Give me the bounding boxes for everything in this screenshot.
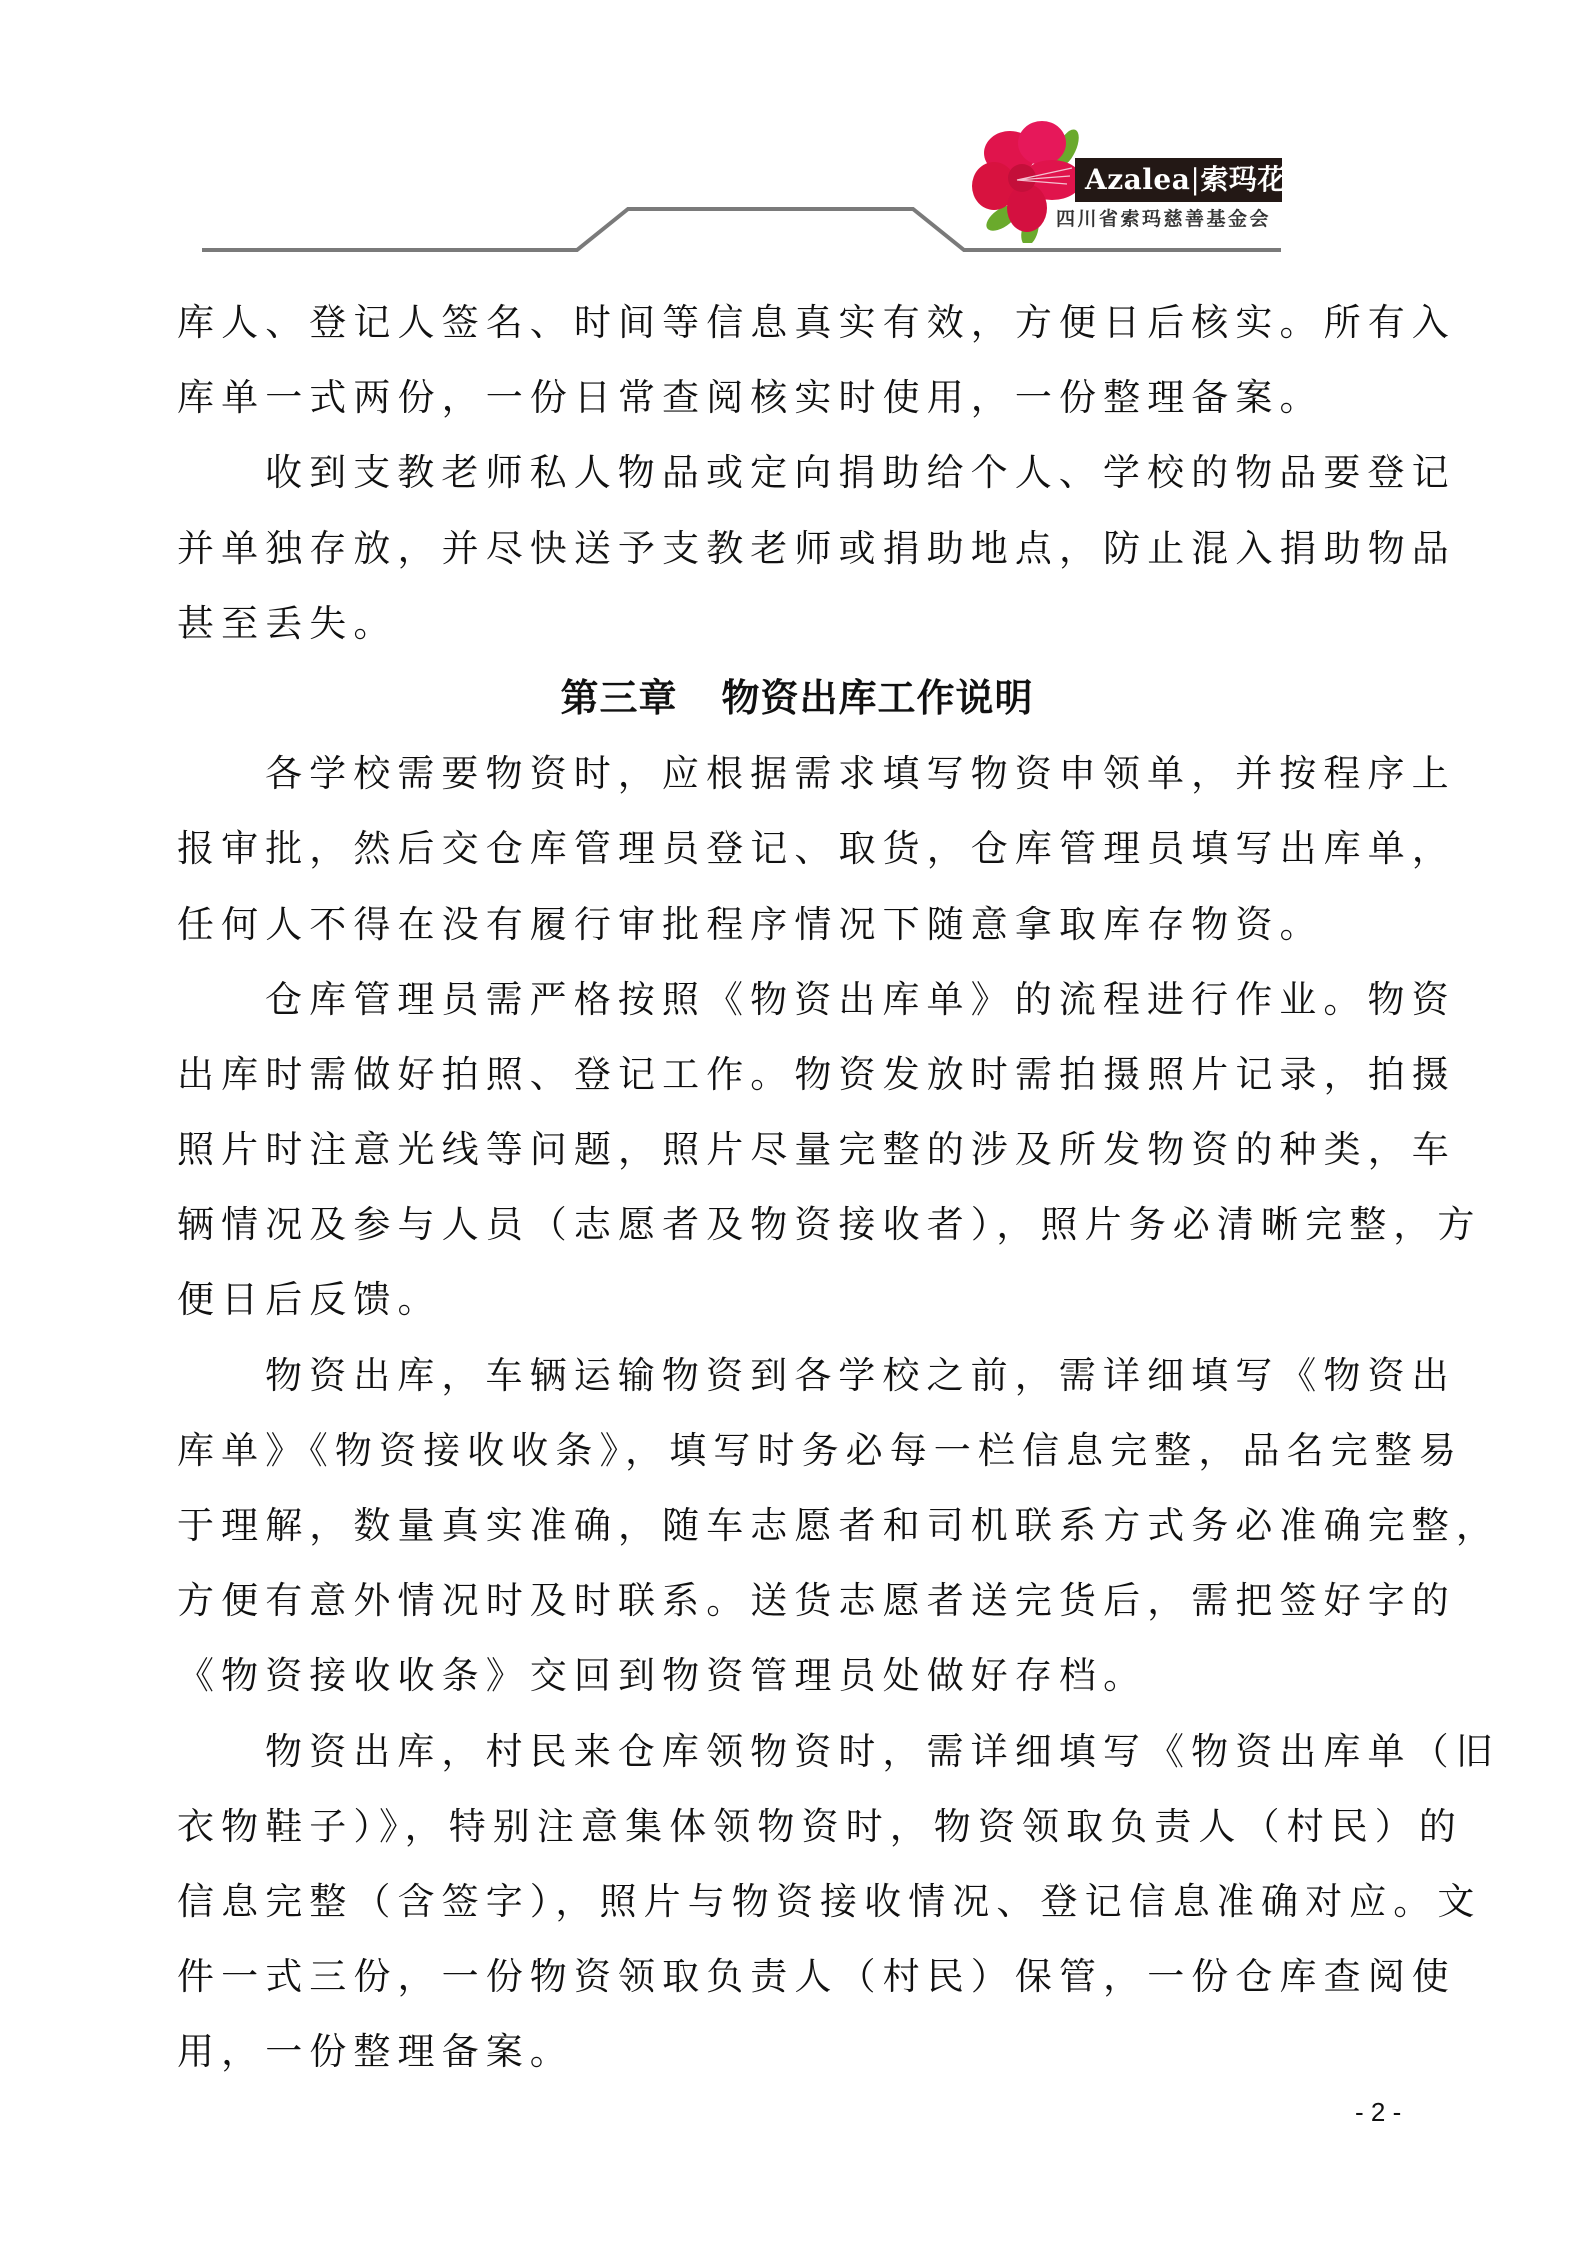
chapter-number: 第三章 <box>560 676 677 720</box>
text-line: 报审批，然后交仓库管理员登记、取货，仓库管理员填写出库单， <box>177 811 1417 886</box>
text-line: 库单》《物资接收收条》，填写时务必每一栏信息完整，品名完整易 <box>177 1413 1417 1488</box>
text-line: 仓库管理员需严格按照《物资出库单》的流程进行作业。物资 <box>177 962 1417 1037</box>
chapter-heading: 第三章物资出库工作说明 <box>177 661 1417 736</box>
text-line: 各学校需要物资时，应根据需求填写物资申领单，并按程序上 <box>177 736 1417 811</box>
logo-brand-en: Azalea <box>1085 163 1190 196</box>
paragraph: 各学校需要物资时，应根据需求填写物资申领单，并按程序上 报审批，然后交仓库管理员… <box>177 736 1417 962</box>
logo-brand-zh: 索玛花 <box>1200 163 1286 196</box>
chapter-title: 物资出库工作说明 <box>722 676 1034 720</box>
text-line: 物资出库，村民来仓库领物资时，需详细填写《物资出库单（旧 <box>177 1714 1417 1789</box>
text-line: 衣物鞋子）》，特别注意集体领物资时，物资领取负责人（村民）的 <box>177 1789 1417 1864</box>
text-line: 方便有意外情况时及时联系。送货志愿者送完货后，需把签好字的 <box>177 1563 1417 1638</box>
paragraph: 库人、登记人签名、时间等信息真实有效，方便日后核实。所有入 库单一式两份，一份日… <box>177 285 1417 435</box>
text-line: 收到支教老师私人物品或定向捐助给个人、学校的物品要登记 <box>177 435 1417 510</box>
paragraph: 仓库管理员需严格按照《物资出库单》的流程进行作业。物资 出库时需做好拍照、登记工… <box>177 962 1417 1338</box>
foundation-logo: Azalea|索玛花 四川省索玛慈善基金会 <box>972 118 1292 243</box>
text-line: 件一式三份，一份物资领取负责人（村民）保管，一份仓库查阅使 <box>177 1939 1417 2014</box>
paragraph: 收到支教老师私人物品或定向捐助给个人、学校的物品要登记 并单独存放，并尽快送予支… <box>177 435 1417 661</box>
text-line: 甚至丢失。 <box>177 586 1417 661</box>
document-body: 库人、登记人签名、时间等信息真实有效，方便日后核实。所有入 库单一式两份，一份日… <box>177 285 1417 2090</box>
paragraph: 物资出库，车辆运输物资到各学校之前，需详细填写《物资出 库单》《物资接收收条》，… <box>177 1338 1417 1714</box>
page-number: - 2 - <box>1355 2097 1401 2128</box>
text-line: 并单独存放，并尽快送予支教老师或捐助地点，防止混入捐助物品 <box>177 511 1417 586</box>
text-line: 辆情况及参与人员（志愿者及物资接收者），照片务必清晰完整，方 <box>177 1187 1417 1262</box>
text-line: 库单一式两份，一份日常查阅核实时使用，一份整理备案。 <box>177 360 1417 435</box>
paragraph: 物资出库，村民来仓库领物资时，需详细填写《物资出库单（旧 衣物鞋子）》，特别注意… <box>177 1714 1417 2090</box>
logo-separator: | <box>1190 163 1200 196</box>
text-line: 照片时注意光线等问题，照片尽量完整的涉及所发物资的种类，车 <box>177 1112 1417 1187</box>
text-line: 用，一份整理备案。 <box>177 2014 1417 2089</box>
text-line: 《物资接收收条》交回到物资管理员处做好存档。 <box>177 1638 1417 1713</box>
text-line: 库人、登记人签名、时间等信息真实有效，方便日后核实。所有入 <box>177 285 1417 360</box>
text-line: 便日后反馈。 <box>177 1262 1417 1337</box>
header-divider-line <box>0 0 1587 300</box>
text-line: 信息完整（含签字），照片与物资接收情况、登记信息准确对应。文 <box>177 1864 1417 1939</box>
text-line: 任何人不得在没有履行审批程序情况下随意拿取库存物资。 <box>177 887 1417 962</box>
text-line: 出库时需做好拍照、登记工作。物资发放时需拍摄照片记录，拍摄 <box>177 1037 1417 1112</box>
text-line: 物资出库，车辆运输物资到各学校之前，需详细填写《物资出 <box>177 1338 1417 1413</box>
logo-brand-box: Azalea|索玛花 <box>1075 158 1282 202</box>
text-line: 于理解，数量真实准确，随车志愿者和司机联系方式务必准确完整， <box>177 1488 1417 1563</box>
logo-subtitle: 四川省索玛慈善基金会 <box>1056 204 1271 231</box>
